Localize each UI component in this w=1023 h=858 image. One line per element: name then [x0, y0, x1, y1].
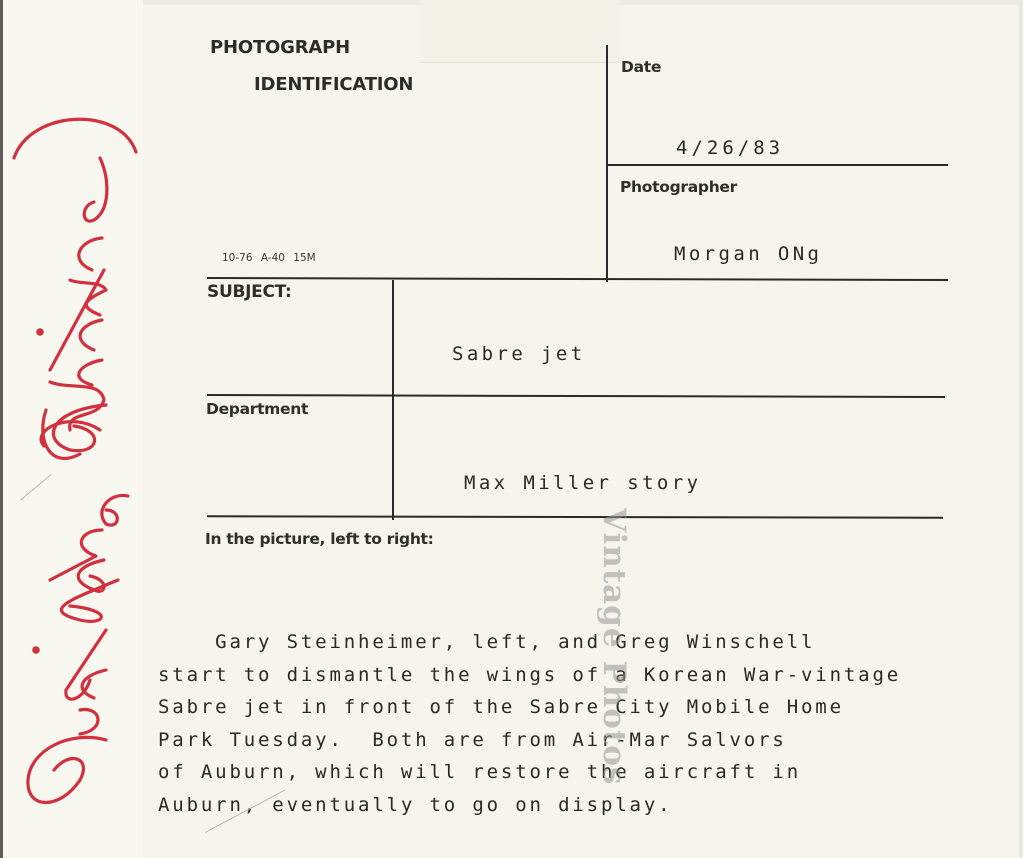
caption-text: Gary Steinheimer, left, and Greg Winsche…: [158, 626, 901, 821]
caption-line: Auburn, eventually to go on display.: [158, 789, 901, 822]
divider-label-column: [392, 280, 394, 520]
form-title-line1: PHOTOGRAPH: [210, 37, 350, 58]
department-label: Department: [206, 400, 308, 418]
subject-label: SUBJECT:: [207, 282, 291, 302]
subject-value: Sabre jet: [452, 343, 586, 365]
watermark: Vintage Photos: [596, 508, 632, 785]
caption-line: start to dismantle the wings of a Korean…: [158, 659, 901, 692]
photographer-label: Photographer: [620, 178, 737, 196]
in-the-picture-label: In the picture, left to right:: [205, 530, 434, 548]
photographer-value: Morgan ONg: [674, 243, 822, 265]
form-code: 10-76 A-40 15M: [222, 252, 316, 264]
handwritten-annotation-icon: [10, 110, 140, 810]
paper-left-edge: [0, 0, 3, 858]
date-value: 4/26/83: [676, 137, 784, 159]
divider-subject-bottom: [207, 394, 945, 398]
form-title-line2: IDENTIFICATION: [254, 74, 413, 95]
paper-right-edge: [1019, 0, 1023, 858]
caption-line: Park Tuesday. Both are from Air-Mar Salv…: [158, 724, 901, 757]
caption-line: Sabre jet in front of the Sabre City Mob…: [158, 691, 901, 724]
divider-date-bottom: [607, 164, 948, 166]
date-label: Date: [621, 58, 661, 76]
divider-header-bottom: [207, 277, 948, 281]
divider-department-bottom: [207, 515, 943, 519]
department-value: Max Miller story: [464, 472, 701, 494]
caption-line: Gary Steinheimer, left, and Greg Winsche…: [158, 626, 901, 659]
caption-line: of Auburn, which will restore the aircra…: [158, 756, 901, 789]
tape-strip: [420, 0, 620, 63]
